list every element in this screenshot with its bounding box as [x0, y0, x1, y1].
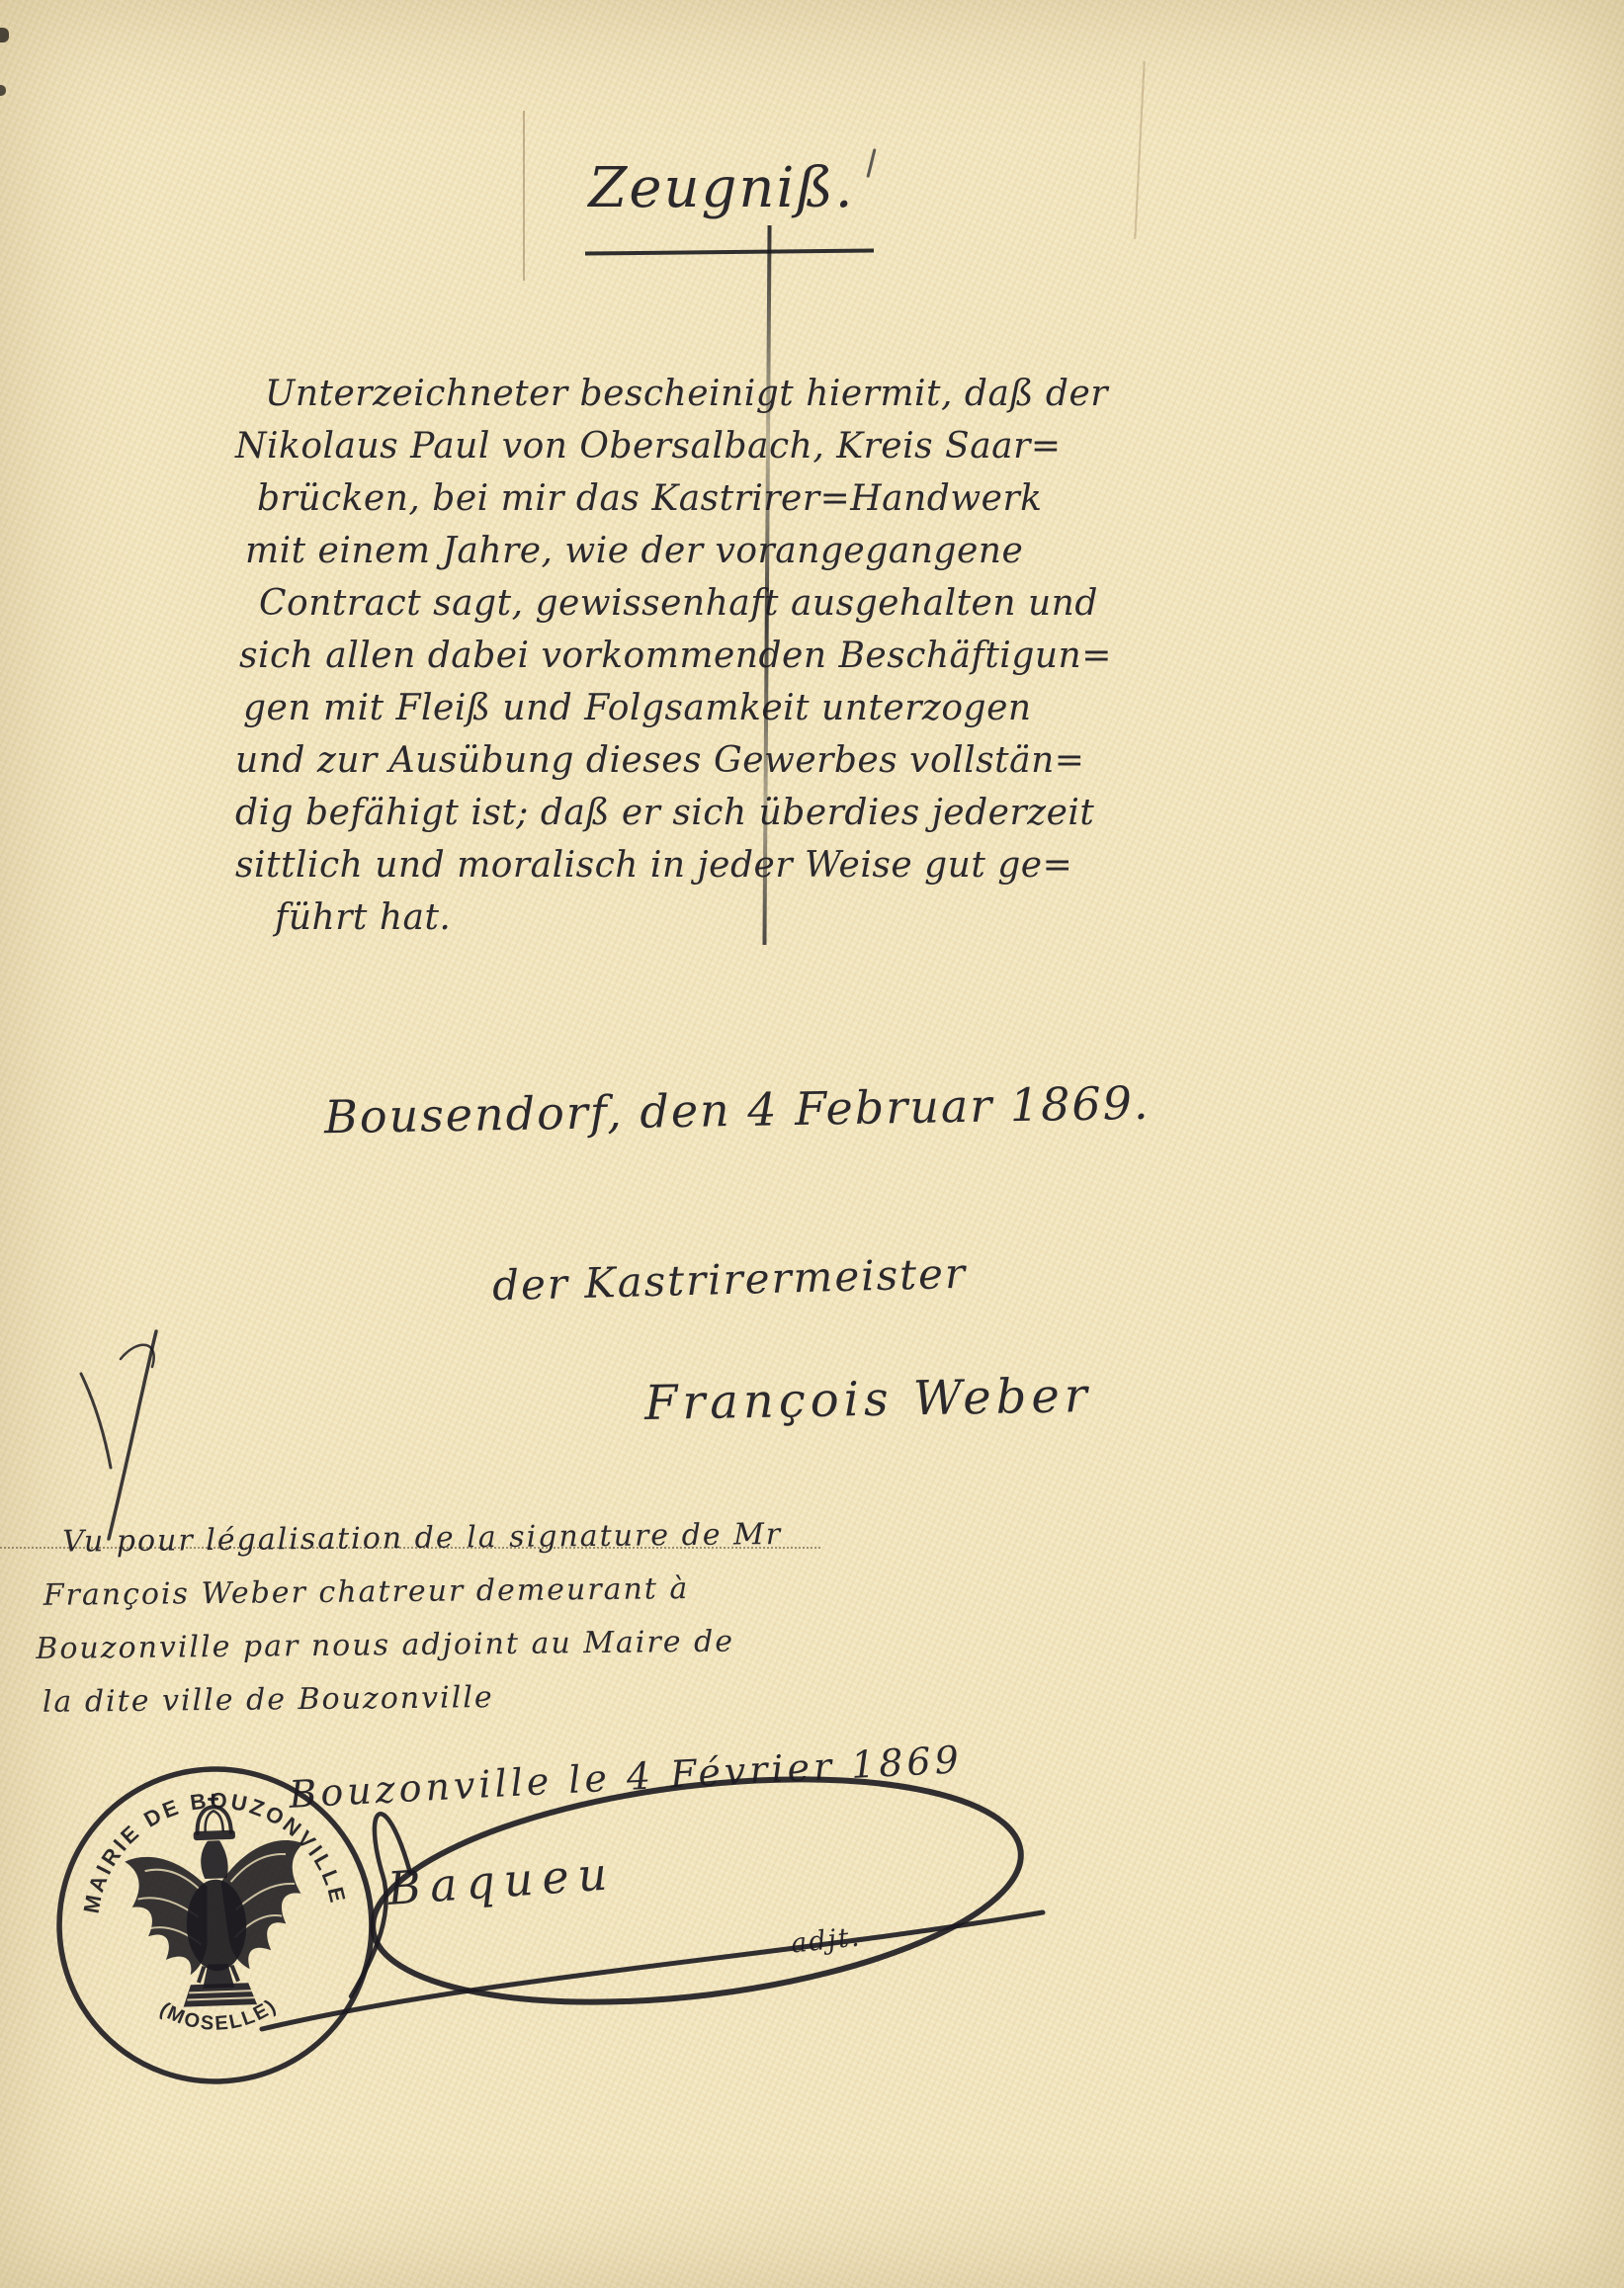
municipal-stamp: MAIRIE DE BOUZONVILLE (MOSELLE) — [45, 1755, 385, 2094]
certificate-body: Unterzeichneter bescheinigt hiermit, daß… — [235, 368, 1125, 944]
body-line: und zur Ausübung dieses Gewerbes vollstä… — [235, 734, 1125, 787]
legalization-line: la dite ville de Bouzonville — [37, 1668, 785, 1730]
legalization-line: Vu pour légalisation de la signature de … — [35, 1508, 783, 1569]
body-line: Unterzeichneter bescheinigt hiermit, daß… — [235, 368, 1125, 420]
body-line: sich allen dabei vorkommenden Beschäftig… — [235, 630, 1125, 682]
title-underline — [585, 248, 874, 255]
body-line: mit einem Jahre, wie der vorangegangene — [235, 525, 1125, 577]
body-line: führt hat. — [235, 891, 1125, 944]
fold-crease-line — [523, 111, 525, 281]
legalization-line: Bouzonville par nous adjoint au Maire de — [36, 1615, 784, 1676]
body-line: Contract sagt, gewissenhaft ausgehalten … — [235, 577, 1125, 630]
body-line: sittlich und moralisch in jeder Weise gu… — [235, 839, 1125, 891]
body-line: Nikolaus Paul von Obersalbach, Kreis Saa… — [235, 420, 1125, 472]
ink-speck — [0, 28, 9, 42]
paper-scratch — [1134, 61, 1145, 239]
signature: François Weber — [644, 1368, 1093, 1431]
page-title: Zeugniß. — [554, 156, 890, 220]
body-line: brücken, bei mir das Kastrirer=Handwerk — [235, 472, 1125, 525]
document-page: Zeugniß. Unterzeichneter bescheinigt hie… — [0, 0, 1624, 2288]
body-line: dig befähigt ist; daß er sich überdies j… — [235, 787, 1125, 839]
signer-role: der Kastrirermeister — [491, 1249, 967, 1311]
legalization-note: Vu pour légalisation de la signature de … — [35, 1508, 784, 1730]
legalization-line: François Weber chatreur demeurant à — [35, 1562, 783, 1623]
dateline: Bousendorf, den 4 Februar 1869. — [324, 1076, 1151, 1144]
ink-speck — [0, 85, 6, 96]
body-line: gen mit Fleiß und Folgsamkeit unterzogen — [235, 682, 1125, 734]
